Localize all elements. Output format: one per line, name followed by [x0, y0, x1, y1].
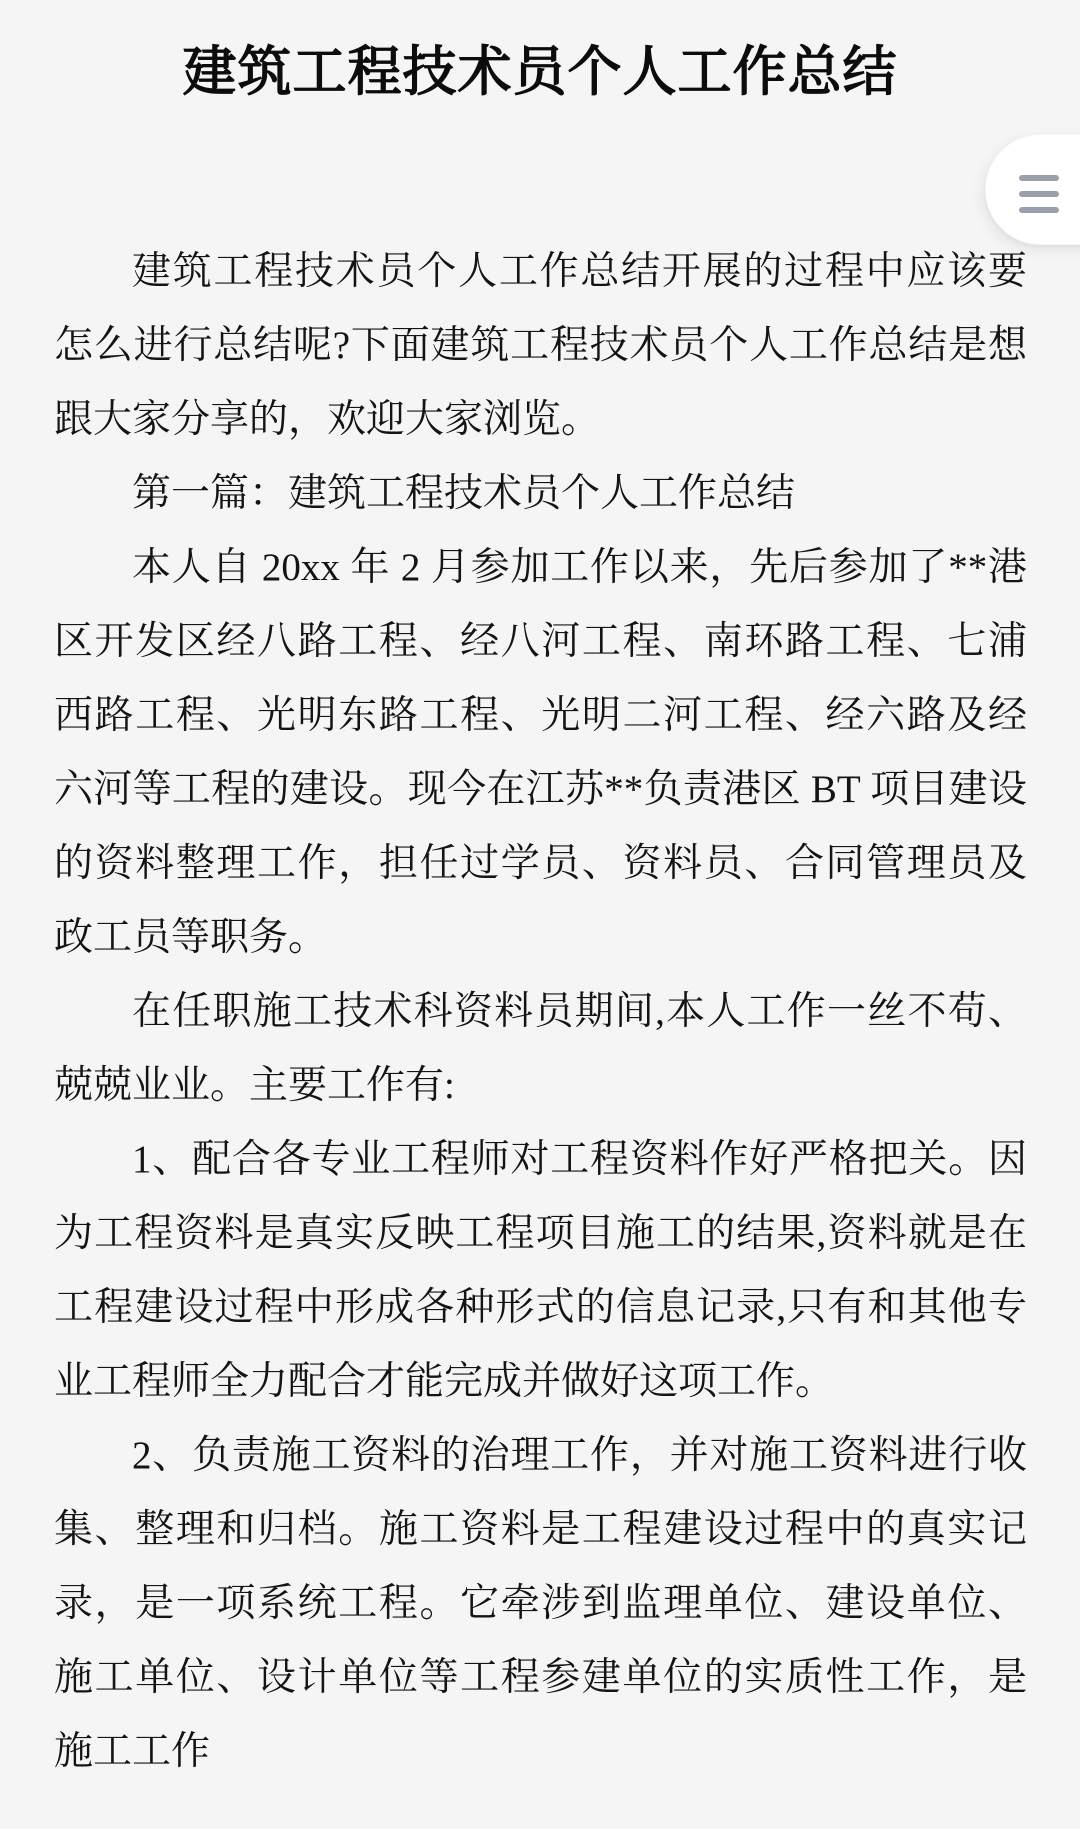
paragraph-task-2: 2、负责施工资料的治理工作，并对施工资料进行收集、整理和归档。施工资料是工程建设…: [54, 1419, 1027, 1789]
paragraph-section-heading: 第一篇：建筑工程技术员个人工作总结: [54, 457, 1027, 531]
menu-bar-top: [1019, 175, 1059, 181]
menu-button[interactable]: [985, 134, 1080, 245]
page-title: 建筑工程技术员个人工作总结: [0, 32, 1080, 112]
paragraph-role-summary: 在任职施工技术科资料员期间,本人工作一丝不苟、兢兢业业。主要工作有:: [54, 975, 1027, 1123]
document-page: 建筑工程技术员个人工作总结 建筑工程技术员个人工作总结开展的过程中应该要怎么进行…: [0, 32, 1080, 1829]
menu-bar-middle: [1019, 191, 1059, 197]
paragraph-task-1: 1、配合各专业工程师对工程资料作好严格把关。因为工程资料是真实反映工程项目施工的…: [54, 1123, 1027, 1419]
paragraph-work-history: 本人自 20xx 年 2 月参加工作以来，先后参加了**港区开发区经八路工程、经…: [54, 531, 1027, 975]
hamburger-menu-icon: [1019, 175, 1059, 213]
document-body: 建筑工程技术员个人工作总结开展的过程中应该要怎么进行总结呢?下面建筑工程技术员个…: [0, 235, 1080, 1829]
paragraph-intro: 建筑工程技术员个人工作总结开展的过程中应该要怎么进行总结呢?下面建筑工程技术员个…: [54, 235, 1027, 457]
menu-bar-bottom: [1019, 207, 1059, 213]
